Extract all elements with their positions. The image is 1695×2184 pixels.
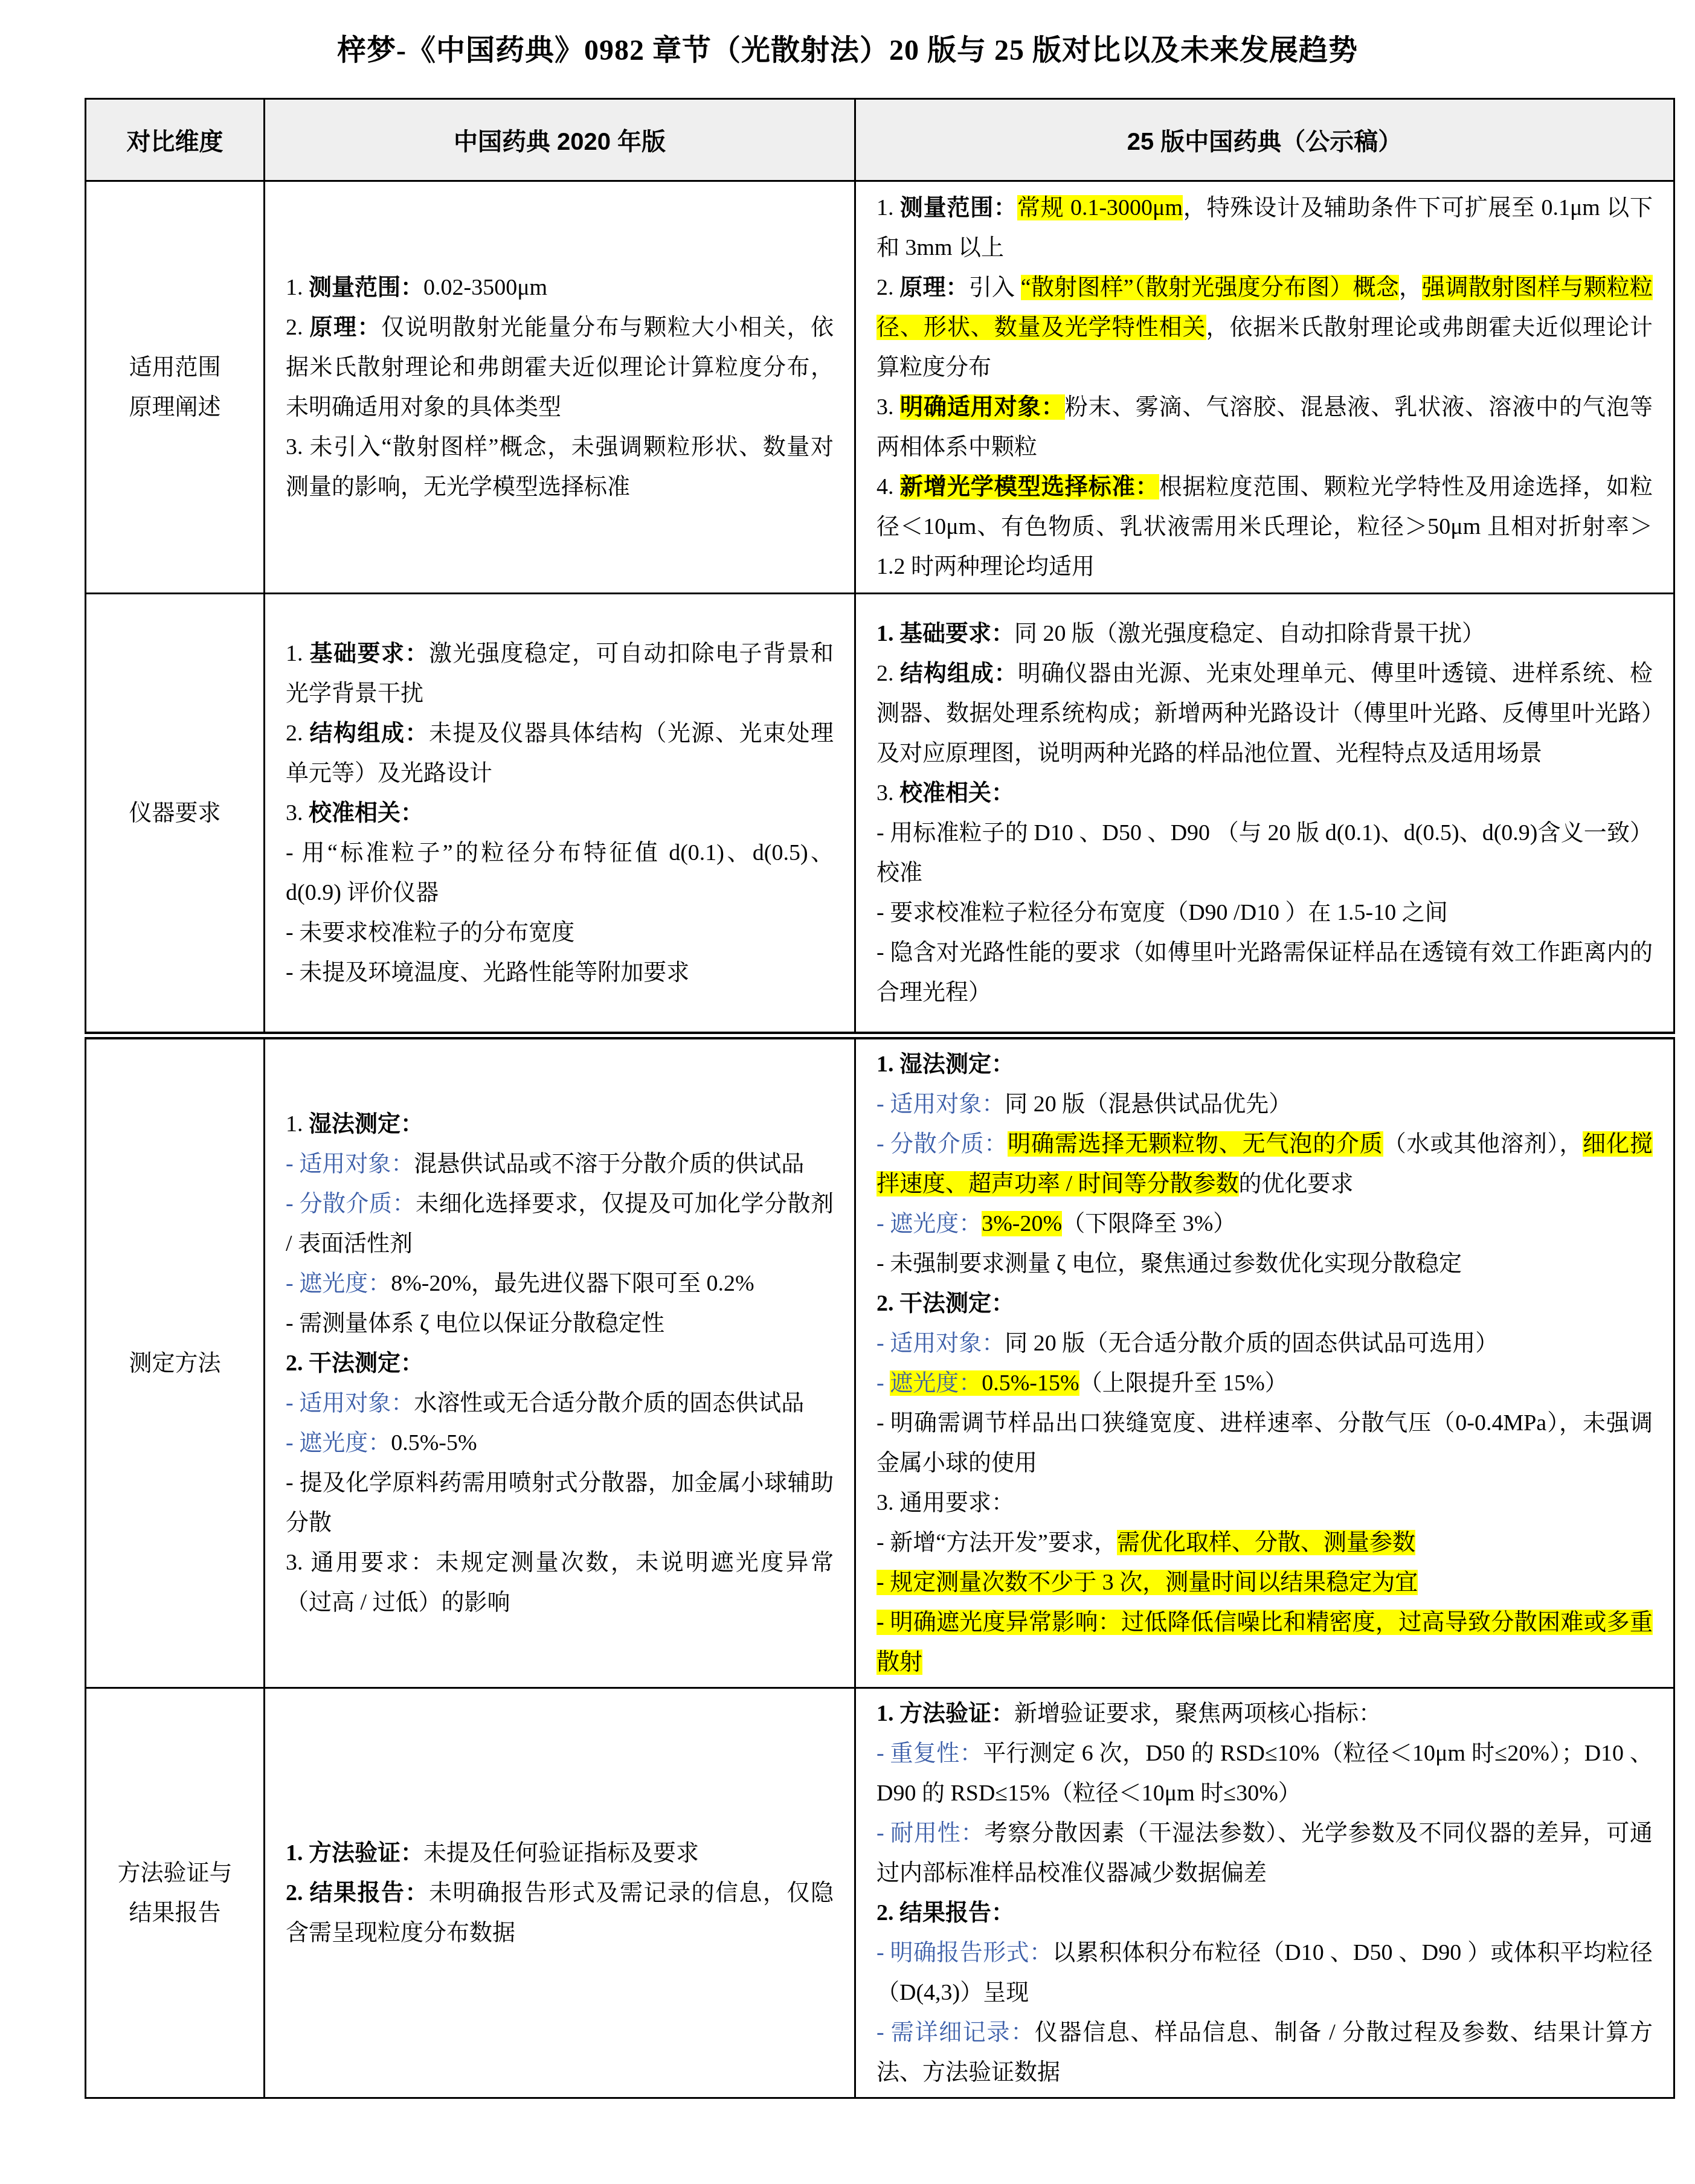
- paragraph: 3. 通用要求：未规定测量次数，未说明遮光度异常（过高 / 过低）的影响: [286, 1543, 834, 1622]
- paragraph: 1. 湿法测定：: [286, 1104, 834, 1144]
- text-run: 湿法测定：: [309, 1111, 423, 1137]
- paragraph: - 明确遮光度异常影响：过低降低信噪比和精密度，过高导致分散困难或多重散射: [876, 1602, 1653, 1682]
- paragraph: - 要求校准粒子粒径分布宽度（D90 /D10 ）在 1.5-10 之间: [876, 893, 1653, 933]
- header-row: 对比维度 中国药典 2020 年版 25 版中国药典（公示稿）: [86, 99, 1674, 181]
- text-run: （下限降至 3%）: [1062, 1211, 1236, 1236]
- text-run: 3%-20%: [982, 1211, 1062, 1236]
- header-edition-2020: 中国药典 2020 年版: [265, 99, 855, 181]
- dimension-label: 方法验证与: [91, 1853, 259, 1893]
- text-run: 2. 结果报告：: [876, 1900, 1014, 1925]
- paragraph: 2. 结构组成：未提及仪器具体结构（光源、光束处理单元等）及光路设计: [286, 713, 834, 793]
- comparison-table-body: 适用范围原理阐述1. 测量范围：0.02-3500μm2. 原理：仅说明散射光能…: [86, 181, 1674, 2098]
- paragraph: - 遮光度：0.5%-5%: [286, 1423, 834, 1463]
- paragraph: 3. 未引入“散射图样”概念，未强调颗粒形状、数量对测量的影响，无光学模型选择标…: [286, 427, 834, 507]
- paragraph: - 未提及环境温度、光路性能等附加要求: [286, 952, 834, 992]
- paragraph: 2. 结构组成：明确仪器由光源、光束处理单元、傅里叶透镜、进样系统、检测器、数据…: [876, 654, 1653, 773]
- text-run: - 明确报告形式：: [876, 1940, 1052, 1965]
- paragraph: - 提及化学原料药需用喷射式分散器，加金属小球辅助分散: [286, 1463, 834, 1543]
- text-run: 1.: [876, 195, 900, 220]
- text-run: - 适用对象：: [876, 1091, 1005, 1117]
- text-run: 遮光度：: [890, 1370, 982, 1396]
- text-run: 原理：: [899, 275, 969, 300]
- text-run: 0.5%-15%: [982, 1370, 1079, 1396]
- table-row: 适用范围原理阐述1. 测量范围：0.02-3500μm2. 原理：仅说明散射光能…: [86, 181, 1674, 594]
- edition-2020-cell: 1. 方法验证：未提及任何验证指标及要求2. 结果报告：未明确报告形式及需记录的…: [265, 1688, 855, 2098]
- text-run: - 适用对象：: [876, 1331, 1005, 1356]
- text-run: - 要求校准粒子粒径分布宽度（D90 /D10 ）在 1.5-10 之间: [876, 900, 1448, 925]
- text-run: 引入: [969, 275, 1021, 300]
- text-run: - 新增“方法开发”要求，: [876, 1530, 1117, 1555]
- paragraph: - 需详细记录：仪器信息、样品信息、制备 / 分散过程及参数、结果计算方法、方法…: [876, 2012, 1653, 2092]
- text-run: - 遮光度：: [876, 1211, 982, 1236]
- text-run: 常规 0.1-3000μm: [1017, 195, 1183, 220]
- text-run: 需优化取样、分散、测量参数: [1117, 1530, 1415, 1555]
- paragraph: - 遮光度：3%-20%（下限降至 3%）: [876, 1204, 1653, 1244]
- text-run: 0.5%-5%: [391, 1430, 477, 1456]
- dimension-cell: 适用范围原理阐述: [86, 181, 265, 594]
- paragraph: - 耐用性：考察分散因素（干湿法参数）、光学参数及不同仪器的差异，可通过内部标准…: [876, 1813, 1653, 1893]
- table-row: 测定方法1. 湿法测定：- 适用对象：混悬供试品或不溶于分散介质的供试品- 分散…: [86, 1036, 1674, 1688]
- paragraph: - 适用对象：水溶性或无合适分散介质的固态供试品: [286, 1383, 834, 1423]
- text-run: 3. 未引入“散射图样”概念，未强调颗粒形状、数量对测量的影响，无光学模型选择标…: [286, 434, 834, 499]
- paragraph: 3. 校准相关：: [876, 773, 1653, 813]
- paragraph: 3. 校准相关：: [286, 793, 834, 833]
- text-run: 的优化要求: [1239, 1171, 1354, 1196]
- paragraph: - 新增“方法开发”要求，需优化取样、分散、测量参数: [876, 1523, 1653, 1563]
- text-run: 3. 通用要求：: [876, 1490, 1014, 1515]
- paragraph: - 明确需调节样品出口狭缝宽度、进样速率、分散气压（0-0.4MPa），未强调金…: [876, 1403, 1653, 1483]
- paragraph: 1. 湿法测定：: [876, 1044, 1653, 1084]
- paragraph: 4. 新增光学模型选择标准：根据粒度范围、颗粒光学特性及用途选择，如粒径＜10μ…: [876, 467, 1653, 586]
- paragraph: - 分散介质：明确需选择无颗粒物、无气泡的介质（水或其他溶剂），细化搅拌速度、超…: [876, 1124, 1653, 1204]
- text-run: 1. 方法验证：: [876, 1701, 1014, 1726]
- text-run: 1. 基础要求：: [876, 621, 1014, 646]
- edition-25-cell: 1. 基础要求：同 20 版（激光强度稳定、自动扣除背景干扰）2. 结构组成：明…: [855, 594, 1674, 1036]
- text-run: 结构组成：: [900, 661, 1018, 686]
- text-run: 3. 通用要求：未规定测量次数，未说明遮光度异常（过高 / 过低）的影响: [286, 1550, 834, 1615]
- text-run: （水或其他溶剂），: [1383, 1131, 1583, 1157]
- paragraph: - 适用对象：同 20 版（混悬供试品优先）: [876, 1084, 1653, 1124]
- text-run: -: [876, 1370, 890, 1396]
- dimension-label: 结果报告: [91, 1893, 259, 1933]
- edition-25-cell: 1. 方法验证：新增验证要求，聚焦两项核心指标：- 重复性：平行测定 6 次，D…: [855, 1688, 1674, 2098]
- text-run: - 未提及环境温度、光路性能等附加要求: [286, 960, 689, 985]
- edition-2020-cell: 1. 测量范围：0.02-3500μm2. 原理：仅说明散射光能量分布与颗粒大小…: [265, 181, 855, 594]
- paragraph: 2. 干法测定：: [286, 1343, 834, 1383]
- dimension-cell: 仪器要求: [86, 594, 265, 1036]
- paragraph: - 适用对象：同 20 版（无合适分散介质的固态供试品可选用）: [876, 1323, 1653, 1363]
- text-run: - 明确遮光度异常影响：过低降低信噪比和精密度，过高导致分散困难或多重散射: [876, 1610, 1653, 1675]
- text-run: 结构组成：: [310, 721, 429, 746]
- table-row: 方法验证与结果报告1. 方法验证：未提及任何验证指标及要求2. 结果报告：未明确…: [86, 1688, 1674, 2098]
- text-run: 1. 方法验证：: [286, 1840, 423, 1866]
- text-run: - 遮光度：: [286, 1430, 391, 1456]
- paragraph: 2. 原理：引入 “散射图样”（散射光强度分布图）概念，强调散射图样与颗粒粒径、…: [876, 268, 1653, 387]
- text-run: 校准相关：: [899, 780, 1014, 806]
- text-run: - 隐含对光路性能的要求（如傅里叶光路需保证样品在透镜有效工作距离内的合理光程）: [876, 940, 1653, 1005]
- text-run: 混悬供试品或不溶于分散介质的供试品: [414, 1151, 804, 1177]
- text-run: 原理：: [310, 315, 382, 340]
- paragraph: - 遮光度：0.5%-15%（上限提升至 15%）: [876, 1363, 1653, 1403]
- paragraph: - 用标准粒子的 D10 、D50 、D90 （与 20 版 d(0.1)、d(…: [876, 813, 1653, 893]
- text-run: - 提及化学原料药需用喷射式分散器，加金属小球辅助分散: [286, 1470, 834, 1535]
- text-run: 2.: [286, 315, 310, 340]
- text-run: - 分散介质：: [286, 1191, 416, 1216]
- text-run: - 明确需调节样品出口狭缝宽度、进样速率、分散气压（0-0.4MPa），未强调金…: [876, 1410, 1653, 1476]
- text-run: - 耐用性：: [876, 1820, 984, 1846]
- text-run: 2.: [286, 721, 310, 746]
- text-run: “散射图样”（散射光强度分布图）概念: [1021, 275, 1399, 300]
- text-run: 1.: [286, 275, 309, 300]
- edition-25-cell: 1. 测量范围：常规 0.1-3000μm，特殊设计及辅助条件下可扩展至 0.1…: [855, 181, 1674, 594]
- text-run: 4.: [876, 474, 900, 499]
- text-run: - 未强制要求测量 ζ 电位，聚焦通过参数优化实现分散稳定: [876, 1251, 1462, 1276]
- dimension-label: 仪器要求: [91, 793, 259, 833]
- paragraph: - 分散介质：未细化选择要求，仅提及可加化学分散剂 / 表面活性剂: [286, 1184, 834, 1264]
- text-run: 8%-20%，最先进仪器下限可至 0.2%: [391, 1271, 754, 1296]
- text-run: 3.: [286, 800, 309, 826]
- paragraph: - 规定测量次数不少于 3 次，测量时间以结果稳定为宜: [876, 1563, 1653, 1602]
- dimension-cell: 方法验证与结果报告: [86, 1688, 265, 2098]
- text-run: - 用“标准粒子”的粒径分布特征值 d(0.1)、d(0.5)、d(0.9) 评…: [286, 840, 834, 905]
- text-run: 平行测定 6 次，D50 的 RSD≤10%（粒径＜10μm 时≤20%）；D1…: [876, 1741, 1653, 1806]
- text-run: 水溶性或无合适分散介质的固态供试品: [414, 1390, 804, 1416]
- paragraph: 2. 干法测定：: [876, 1283, 1653, 1323]
- edition-25-cell: 1. 湿法测定：- 适用对象：同 20 版（混悬供试品优先）- 分散介质：明确需…: [855, 1036, 1674, 1688]
- table-row: 仪器要求1. 基础要求：激光强度稳定，可自动扣除电子背景和光学背景干扰2. 结构…: [86, 594, 1674, 1036]
- header-edition-25: 25 版中国药典（公示稿）: [855, 99, 1674, 181]
- text-run: 校准相关：: [309, 800, 423, 826]
- paragraph: 2. 原理：仅说明散射光能量分布与颗粒大小相关，依据米氏散射理论和弗朗霍夫近似理…: [286, 307, 834, 427]
- paragraph: - 适用对象：混悬供试品或不溶于分散介质的供试品: [286, 1144, 834, 1184]
- text-run: 2.: [876, 275, 899, 300]
- text-run: 测量范围：: [309, 275, 423, 300]
- text-run: 基础要求：: [310, 641, 429, 666]
- text-run: 1. 湿法测定：: [876, 1052, 1014, 1077]
- paragraph: 1. 基础要求：激光强度稳定，可自动扣除电子背景和光学背景干扰: [286, 634, 834, 713]
- text-run: 同 20 版（无合适分散介质的固态供试品可选用）: [1005, 1331, 1498, 1356]
- text-run: 新增验证要求，聚焦两项核心指标：: [1014, 1701, 1381, 1726]
- text-run: - 适用对象：: [286, 1151, 414, 1177]
- text-run: 明确需选择无颗粒物、无气泡的介质: [1008, 1131, 1383, 1157]
- paragraph: 1. 方法验证：未提及任何验证指标及要求: [286, 1833, 834, 1873]
- header-dimension: 对比维度: [86, 99, 265, 181]
- text-run: 1.: [286, 641, 310, 666]
- paragraph: 2. 结果报告：未明确报告形式及需记录的信息，仅隐含需呈现粒度分布数据: [286, 1873, 834, 1953]
- dimension-cell: 测定方法: [86, 1036, 265, 1688]
- text-run: 0.02-3500μm: [423, 275, 547, 300]
- text-run: - 分散介质：: [876, 1131, 1008, 1157]
- text-run: 2. 干法测定：: [286, 1351, 423, 1376]
- paragraph: - 未强制要求测量 ζ 电位，聚焦通过参数优化实现分散稳定: [876, 1244, 1653, 1283]
- dimension-label: 适用范围: [91, 347, 259, 387]
- page: 梓梦-《中国药典》0982 章节（光散射法）20 版与 25 版对比以及未来发展…: [0, 33, 1695, 2184]
- paragraph: - 未要求校准粒子的分布宽度: [286, 913, 834, 952]
- text-run: - 需详细记录：: [876, 2020, 1035, 2045]
- text-run: 2. 结果报告：: [286, 1880, 429, 1906]
- text-run: - 重复性：: [876, 1741, 983, 1766]
- text-run: - 规定测量次数不少于 3 次，测量时间以结果稳定为宜: [876, 1570, 1418, 1595]
- paragraph: - 需测量体系 ζ 电位以保证分散稳定性: [286, 1303, 834, 1343]
- paragraph: 2. 结果报告：: [876, 1893, 1653, 1933]
- text-run: - 用标准粒子的 D10 、D50 、D90 （与 20 版 d(0.1)、d(…: [876, 820, 1653, 885]
- paragraph: 3. 明确适用对象：粉末、雾滴、气溶胶、混悬液、乳状液、溶液中的气泡等两相体系中…: [876, 387, 1653, 467]
- text-run: （上限提升至 15%）: [1079, 1370, 1288, 1396]
- paragraph: - 重复性：平行测定 6 次，D50 的 RSD≤10%（粒径＜10μm 时≤2…: [876, 1733, 1653, 1813]
- text-run: 测量范围：: [900, 195, 1017, 220]
- text-run: 2.: [876, 661, 900, 686]
- text-run: 3.: [876, 394, 900, 420]
- text-run: 新增光学模型选择标准：: [900, 474, 1159, 499]
- paragraph: - 用“标准粒子”的粒径分布特征值 d(0.1)、d(0.5)、d(0.9) 评…: [286, 833, 834, 913]
- text-run: ，: [1399, 275, 1422, 300]
- text-run: 同 20 版（混悬供试品优先）: [1005, 1091, 1291, 1117]
- text-run: 明确适用对象：: [900, 394, 1065, 420]
- text-run: 未提及任何验证指标及要求: [423, 1840, 699, 1866]
- text-run: 3.: [876, 780, 899, 806]
- text-run: - 遮光度：: [286, 1271, 391, 1296]
- paragraph: 1. 测量范围：0.02-3500μm: [286, 268, 834, 307]
- text-run: - 适用对象：: [286, 1390, 414, 1416]
- paragraph: - 隐含对光路性能的要求（如傅里叶光路需保证样品在透镜有效工作距离内的合理光程）: [876, 933, 1653, 1012]
- comparison-table: 对比维度 中国药典 2020 年版 25 版中国药典（公示稿） 适用范围原理阐述…: [85, 98, 1675, 2099]
- text-run: 2. 干法测定：: [876, 1291, 1014, 1316]
- dimension-label: 测定方法: [91, 1343, 259, 1383]
- text-run: 1.: [286, 1111, 309, 1137]
- page-title: 梓梦-《中国药典》0982 章节（光散射法）20 版与 25 版对比以及未来发展…: [0, 33, 1695, 69]
- paragraph: 3. 通用要求：: [876, 1483, 1653, 1523]
- text-run: - 需测量体系 ζ 电位以保证分散稳定性: [286, 1311, 664, 1336]
- paragraph: 1. 测量范围：常规 0.1-3000μm，特殊设计及辅助条件下可扩展至 0.1…: [876, 188, 1653, 268]
- text-run: - 未要求校准粒子的分布宽度: [286, 920, 574, 945]
- text-run: 考察分散因素（干湿法参数）、光学参数及不同仪器的差异，可通过内部标准样品校准仪器…: [876, 1820, 1653, 1886]
- edition-2020-cell: 1. 基础要求：激光强度稳定，可自动扣除电子背景和光学背景干扰2. 结构组成：未…: [265, 594, 855, 1036]
- paragraph: 1. 基础要求：同 20 版（激光强度稳定、自动扣除背景干扰）: [876, 614, 1653, 654]
- paragraph: - 明确报告形式：以累积体积分布粒径（D10 、D50 、D90 ）或体积平均粒…: [876, 1933, 1653, 2012]
- paragraph: 1. 方法验证：新增验证要求，聚焦两项核心指标：: [876, 1694, 1653, 1733]
- edition-2020-cell: 1. 湿法测定：- 适用对象：混悬供试品或不溶于分散介质的供试品- 分散介质：未…: [265, 1036, 855, 1688]
- dimension-label: 原理阐述: [91, 387, 259, 427]
- text-run: 同 20 版（激光强度稳定、自动扣除背景干扰）: [1014, 621, 1485, 646]
- paragraph: - 遮光度：8%-20%，最先进仪器下限可至 0.2%: [286, 1264, 834, 1303]
